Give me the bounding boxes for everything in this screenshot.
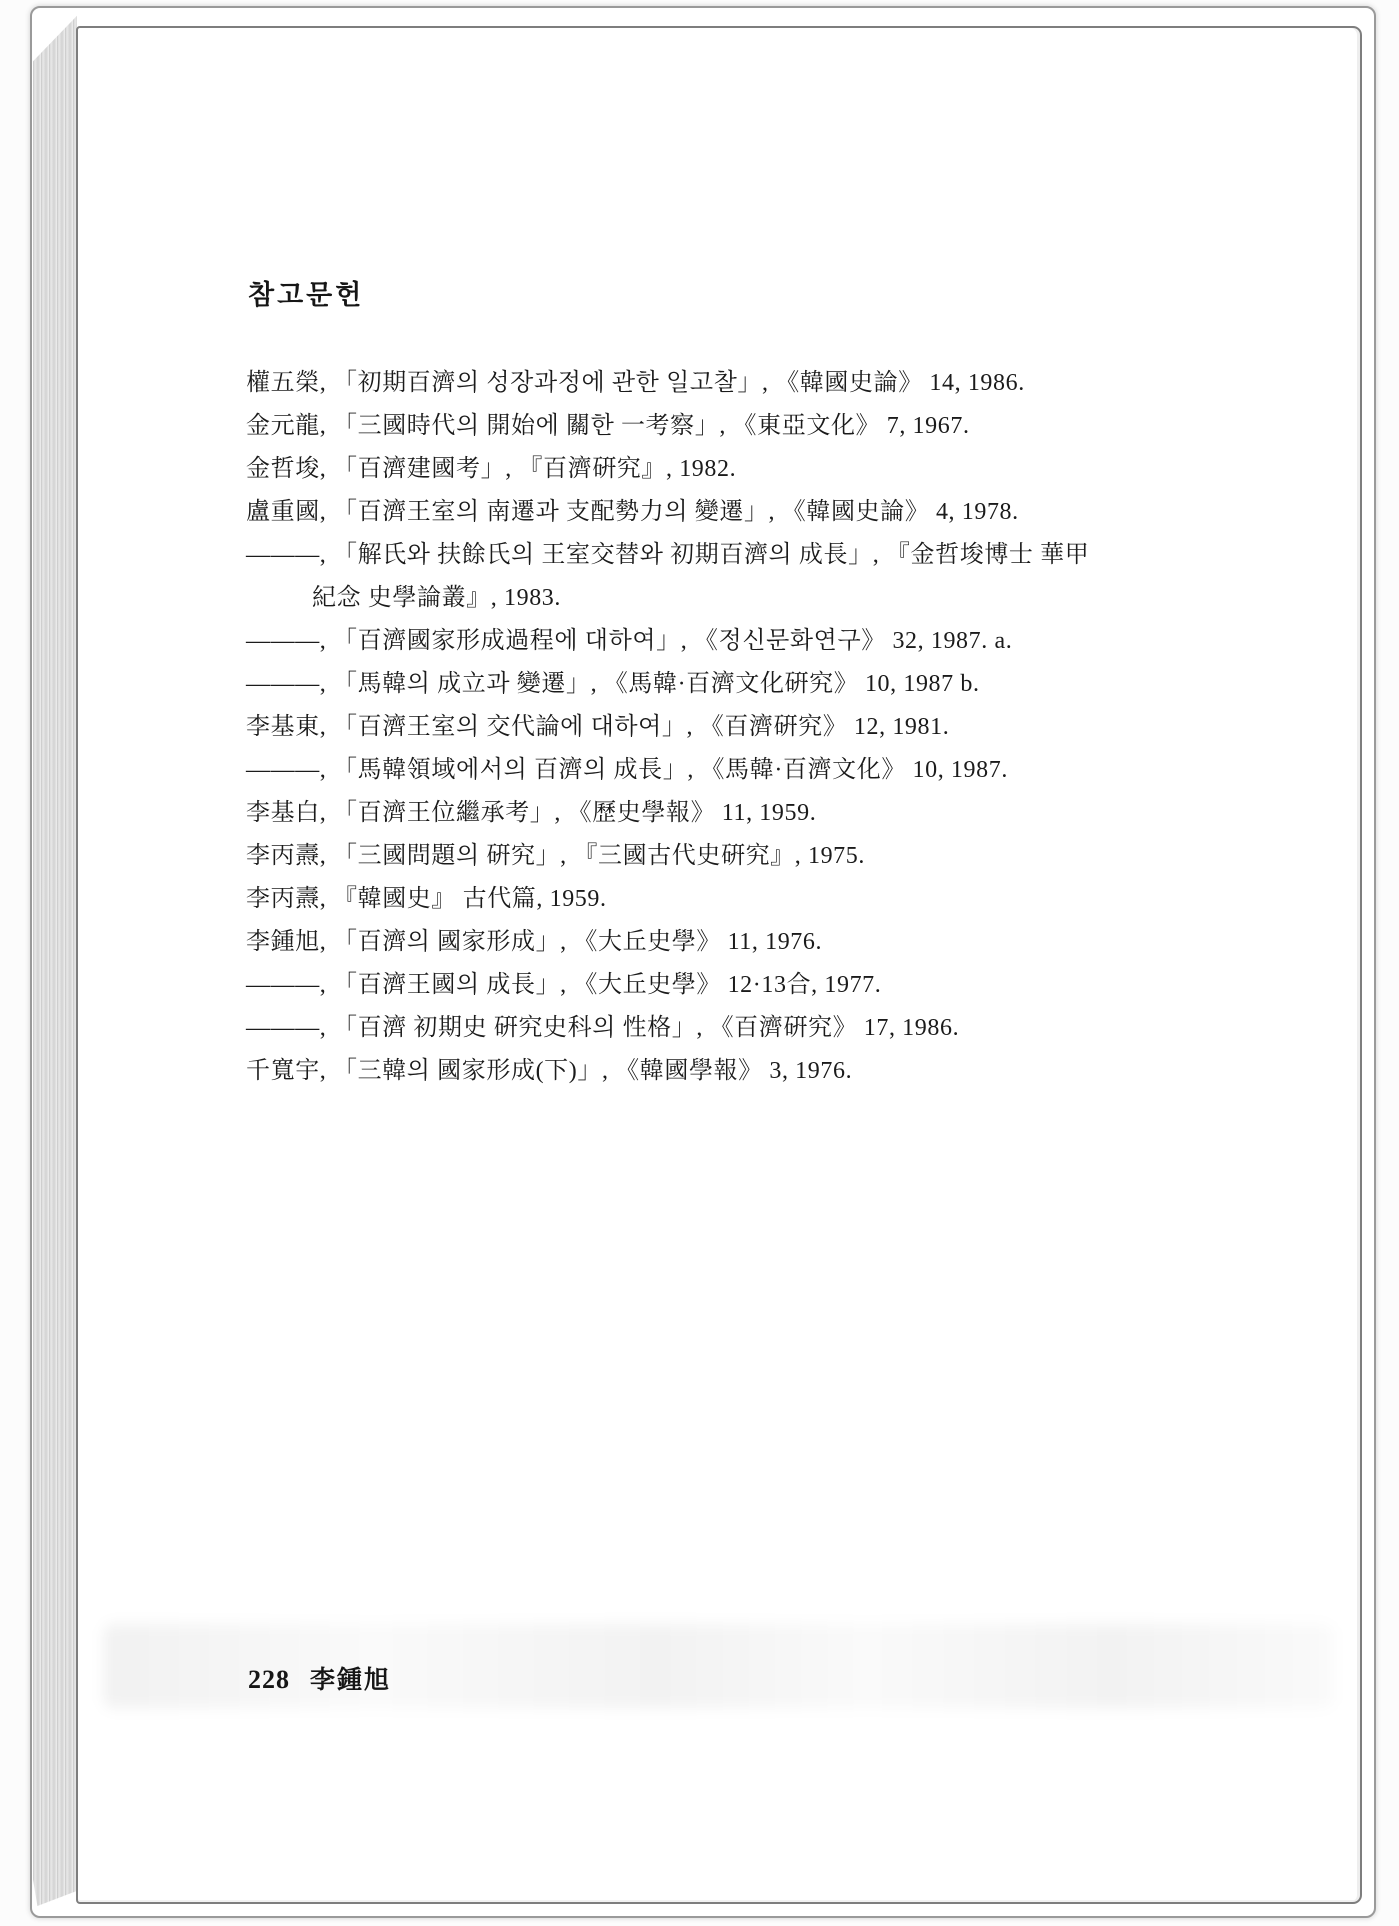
bibliography-entry-line: 千寬宇, 「三韓의 國家形成(下)」, 《韓國學報》 3, 1976.: [246, 1050, 1320, 1093]
running-author: 李鍾旭: [310, 1660, 391, 1696]
bibliography-entry-line: ———, 「解氏와 扶餘氏의 王室交替와 初期百濟의 成長」, 『金哲埈博士 華…: [246, 534, 1320, 577]
bibliography-entry-line: ———, 「馬韓領域에서의 百濟의 成長」, 《馬韓·百濟文化》 10, 198…: [246, 749, 1320, 792]
book-page: 참고문헌 權五榮, 「初期百濟의 성장과정에 관한 일고찰」, 《韓國史論》 1…: [76, 26, 1362, 1904]
bibliography-entry-line: 權五榮, 「初期百濟의 성장과정에 관한 일고찰」, 《韓國史論》 14, 19…: [246, 362, 1320, 405]
scanned-book-page: 참고문헌 權五榮, 「初期百濟의 성장과정에 관한 일고찰」, 《韓國史論》 1…: [0, 0, 1399, 1926]
section-title: 참고문헌: [248, 278, 1320, 312]
bibliography-entry-line: 李丙燾, 『韓國史』 古代篇, 1959.: [246, 878, 1320, 921]
bibliography-entry-line: 李基東, 「百濟王室의 交代論에 대하여」, 《百濟硏究》 12, 1981.: [246, 706, 1320, 749]
page-footer: 228 李鍾旭: [248, 1660, 391, 1696]
bibliography-entry-line: ———, 「百濟 初期史 硏究史科의 性格」, 《百濟硏究》 17, 1986.: [246, 1007, 1320, 1050]
bibliography-entry-line: ———, 「百濟王國의 成長」, 《大丘史學》 12·13合, 1977.: [246, 964, 1320, 1007]
bibliography-entry-line: ———, 「百濟國家形成過程에 대하여」, 《정신문화연구》 32, 1987.…: [246, 620, 1320, 663]
bibliography-entry-line: 金元龍, 「三國時代의 開始에 關한 一考察」, 《東亞文化》 7, 1967.: [246, 405, 1320, 448]
book-page-edges: [33, 12, 77, 1906]
bibliography-entry-line: 盧重國, 「百濟王室의 南遷과 支配勢力의 變遷」, 《韓國史論》 4, 197…: [246, 491, 1320, 534]
bibliography-entry-line: ———, 「馬韓의 成立과 變遷」, 《馬韓·百濟文化硏究》 10, 1987 …: [246, 663, 1320, 706]
bibliography-entry-line: 紀念 史學論叢』, 1983.: [246, 577, 1320, 620]
bibliography-entry-line: 李丙燾, 「三國問題의 硏究」, 『三國古代史硏究』, 1975.: [246, 835, 1320, 878]
bibliography-entry-line: 李鍾旭, 「百濟의 國家形成」, 《大丘史學》 11, 1976.: [246, 921, 1320, 964]
page-content: 참고문헌 權五榮, 「初期百濟의 성장과정에 관한 일고찰」, 《韓國史論》 1…: [78, 28, 1360, 1093]
page-number: 228: [248, 1665, 290, 1695]
bibliography-entry-line: 金哲埈, 「百濟建國考」, 『百濟硏究』, 1982.: [246, 448, 1320, 491]
bibliography-entry-line: 李基白, 「百濟王位繼承考」, 《歷史學報》 11, 1959.: [246, 792, 1320, 835]
bibliography-list: 權五榮, 「初期百濟의 성장과정에 관한 일고찰」, 《韓國史論》 14, 19…: [246, 362, 1320, 1093]
